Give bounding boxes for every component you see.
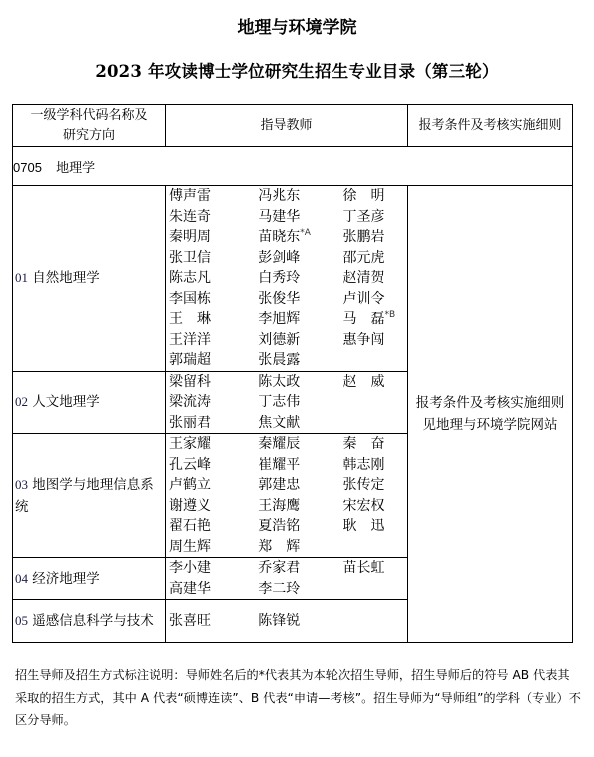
advisor: 张丽君 bbox=[169, 413, 258, 434]
advisor: 李国栋 bbox=[169, 289, 258, 310]
direction-row: 01 自然地理学 傅声雷冯兆东徐 明 朱连奇马建华丁圣彦 秦明周苗晓东*A张鹏岩… bbox=[13, 186, 573, 372]
advisor-marked: 马 磊*B bbox=[343, 309, 407, 330]
advisor: 徐 明 bbox=[343, 186, 407, 207]
advisor: 夏浩铭 bbox=[258, 516, 342, 537]
advisor: 崔耀平 bbox=[258, 455, 342, 476]
advisor: 梁流涛 bbox=[169, 392, 258, 413]
direction-name-cell: 04 经济地理学 bbox=[13, 558, 166, 600]
advisor: 彭剑峰 bbox=[258, 248, 342, 269]
advisor: 张俊华 bbox=[258, 289, 342, 310]
advisor-marked: 苗晓东*A bbox=[258, 227, 342, 248]
advisor: 傅声雷 bbox=[169, 186, 258, 207]
advisor: 王海鹰 bbox=[258, 496, 342, 517]
footnote: 招生导师及招生方式标注说明：导师姓名后的*代表其为本轮次招生导师，招生导师后的符… bbox=[15, 664, 581, 732]
discipline-code: 0705 bbox=[13, 160, 42, 175]
header-discipline: 一级学科代码名称及 研究方向 bbox=[13, 105, 166, 147]
advisor: 冯兆东 bbox=[258, 186, 342, 207]
advisor bbox=[343, 579, 407, 600]
advisor: 卢鹤立 bbox=[169, 475, 258, 496]
header-advisors: 指导教师 bbox=[166, 105, 408, 147]
advisor: 朱连奇 bbox=[169, 207, 258, 228]
advisor: 秦明周 bbox=[169, 227, 258, 248]
advisor: 郑 辉 bbox=[258, 537, 342, 558]
advisor: 翟石艳 bbox=[169, 516, 258, 537]
advisor: 乔家君 bbox=[258, 558, 342, 579]
advisor: 白秀玲 bbox=[258, 268, 342, 289]
advisors-cell: 梁留科陈太政赵 威 梁流涛丁志伟 张丽君焦文献 bbox=[166, 371, 408, 434]
advisor: 惠争闯 bbox=[343, 330, 407, 351]
advisor: 赵 威 bbox=[343, 372, 407, 393]
advisor: 王 琳 bbox=[169, 309, 258, 330]
advisor bbox=[343, 413, 407, 434]
advisors-cell: 傅声雷冯兆东徐 明 朱连奇马建华丁圣彦 秦明周苗晓东*A张鹏岩 张卫信彭剑峰邵元… bbox=[166, 186, 408, 372]
direction-name-cell: 03 地图学与地理信息系统 bbox=[13, 434, 166, 558]
advisor: 宋宏权 bbox=[343, 496, 407, 517]
advisor: 陈志凡 bbox=[169, 268, 258, 289]
advisor: 李二玲 bbox=[258, 579, 342, 600]
advisor: 王家耀 bbox=[169, 434, 258, 455]
advisor: 张传定 bbox=[343, 475, 407, 496]
advisor: 焦文献 bbox=[258, 413, 342, 434]
requirements-cell: 报考条件及考核实施细则 见地理与环境学院网站 bbox=[408, 186, 573, 643]
advisor bbox=[343, 611, 407, 632]
advisor bbox=[343, 392, 407, 413]
advisor: 马建华 bbox=[258, 207, 342, 228]
discipline-row: 0705 地理学 bbox=[13, 147, 573, 186]
advisor: 苗长虹 bbox=[343, 558, 407, 579]
advisor: 张卫信 bbox=[169, 248, 258, 269]
advisor: 韩志刚 bbox=[343, 455, 407, 476]
direction-name-cell: 02 人文地理学 bbox=[13, 371, 166, 434]
header-requirements: 报考条件及考核实施细则 bbox=[408, 105, 573, 147]
school-title: 地理与环境学院 bbox=[0, 17, 594, 39]
advisor: 张喜旺 bbox=[169, 611, 258, 632]
advisors-cell: 王家耀秦耀辰秦 奋 孔云峰崔耀平韩志刚 卢鹤立郭建忠张传定 谢遵义王海鹰宋宏权 … bbox=[166, 434, 408, 558]
discipline-name: 地理学 bbox=[56, 161, 95, 176]
advisor bbox=[343, 537, 407, 558]
advisor: 孔云峰 bbox=[169, 455, 258, 476]
advisor: 周生辉 bbox=[169, 537, 258, 558]
direction-name-cell: 01 自然地理学 bbox=[13, 186, 166, 372]
advisor: 邵元虎 bbox=[343, 248, 407, 269]
discipline-cell: 0705 地理学 bbox=[13, 147, 573, 186]
direction-name-cell: 05 遥感信息科学与技术 bbox=[13, 600, 166, 643]
advisor: 陈太政 bbox=[258, 372, 342, 393]
advisor: 李旭辉 bbox=[258, 309, 342, 330]
advisor: 秦 奋 bbox=[343, 434, 407, 455]
advisor: 张晨露 bbox=[258, 350, 342, 371]
advisor: 耿 迅 bbox=[343, 516, 407, 537]
advisor: 李小建 bbox=[169, 558, 258, 579]
advisor: 秦耀辰 bbox=[258, 434, 342, 455]
table-header-row: 一级学科代码名称及 研究方向 指导教师 报考条件及考核实施细则 bbox=[13, 105, 573, 147]
advisor: 丁志伟 bbox=[258, 392, 342, 413]
catalog-title: 2023 年攻读博士学位研究生招生专业目录（第三轮） bbox=[0, 61, 594, 83]
advisor: 郭瑞超 bbox=[169, 350, 258, 371]
advisor bbox=[343, 350, 407, 371]
advisor: 谢遵义 bbox=[169, 496, 258, 517]
advisor: 赵清贺 bbox=[343, 268, 407, 289]
advisor: 高建华 bbox=[169, 579, 258, 600]
advisor: 王洋洋 bbox=[169, 330, 258, 351]
advisor: 刘德新 bbox=[258, 330, 342, 351]
advisor: 张鹏岩 bbox=[343, 227, 407, 248]
advisor: 陈锋锐 bbox=[258, 611, 342, 632]
advisor: 梁留科 bbox=[169, 372, 258, 393]
advisor: 丁圣彦 bbox=[343, 207, 407, 228]
advisor: 卢训令 bbox=[343, 289, 407, 310]
enrollment-catalog-table: 一级学科代码名称及 研究方向 指导教师 报考条件及考核实施细则 0705 地理学… bbox=[12, 104, 573, 643]
advisors-cell: 李小建乔家君苗长虹 高建华李二玲 bbox=[166, 558, 408, 600]
advisors-cell: 张喜旺陈锋锐 bbox=[166, 600, 408, 643]
advisor: 郭建忠 bbox=[258, 475, 342, 496]
